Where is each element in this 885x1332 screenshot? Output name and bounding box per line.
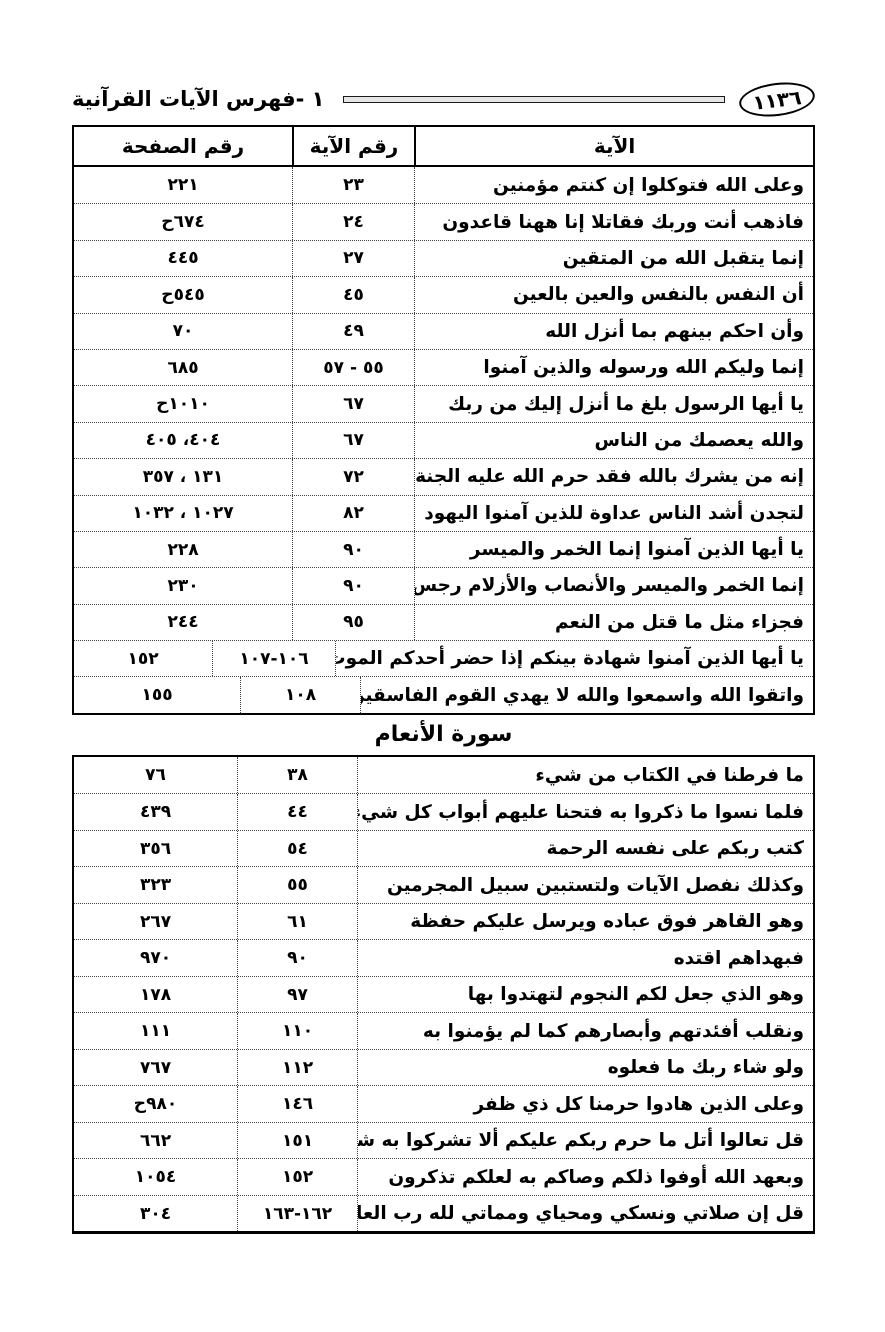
- verse-number-cell: ٤٥: [292, 277, 414, 312]
- table-row: يا أيها الرسول بلغ ما أنزل إليك من ربك ٦…: [74, 385, 813, 421]
- table-row: وبعهد الله أوفوا ذلكم وصاكم به لعلكم تذك…: [74, 1158, 813, 1195]
- table-row: قل تعالوا أتل ما حرم ربكم عليكم ألا تشرك…: [74, 1122, 813, 1159]
- table-row: ونقلب أفئدتهم وأبصارهم كما لم يؤمنوا به …: [74, 1012, 813, 1049]
- table-header-row: الآية رقم الآية رقم الصفحة: [74, 127, 813, 167]
- verse-number-cell: ٣٨: [237, 757, 357, 794]
- page-number-cell: ٤٠٤، ٤٠٥: [74, 423, 292, 458]
- table-row: والله يعصمك من الناس ٦٧ ٤٠٤، ٤٠٥: [74, 422, 813, 458]
- page-number-cell: ١٥٥: [74, 677, 240, 712]
- verse-text-cell: وأن احكم بينهم بما أنزل الله: [414, 314, 813, 349]
- verse-text-cell: والله يعصمك من الناس: [414, 423, 813, 458]
- verse-text-cell: فاذهب أنت وربك فقاتلا إنا ههنا قاعدون: [414, 204, 813, 239]
- table-row: إنما يتقبل الله من المتقين ٢٧ ٤٤٥: [74, 240, 813, 276]
- page-number-oval: ١١٣٦: [737, 78, 816, 120]
- page-number-cell: ٢٢١: [74, 167, 292, 203]
- verse-number-cell: ٤٩: [292, 314, 414, 349]
- table-row: فجزاء مثل ما قتل من النعم ٩٥ ٢٤٤: [74, 604, 813, 640]
- verse-number-cell: ٢٤: [292, 204, 414, 239]
- table-1-body: وعلى الله فتوكلوا إن كنتم مؤمنين ٢٣ ٢٢١ …: [74, 167, 813, 713]
- verse-number-cell: ٩٥: [292, 605, 414, 640]
- table-row: ما فرطنا في الكتاب من شيء ٣٨ ٧٦: [74, 757, 813, 794]
- verse-text-cell: أن النفس بالنفس والعين بالعين: [414, 277, 813, 312]
- verse-text-cell: ونقلب أفئدتهم وأبصارهم كما لم يؤمنوا به: [357, 1013, 813, 1049]
- table-2-body: ما فرطنا في الكتاب من شيء ٣٨ ٧٦ فلما نسو…: [74, 757, 813, 1232]
- verse-text-cell: وهو الذي جعل لكم النجوم لتهتدوا بها: [357, 977, 813, 1013]
- page-number-cell: ٧٦: [74, 757, 237, 794]
- verse-number-cell: ١٥١: [237, 1123, 357, 1159]
- verse-number-cell: ٤٤: [237, 794, 357, 830]
- verse-number-cell: ١١٠: [237, 1013, 357, 1049]
- table-row: أن النفس بالنفس والعين بالعين ٤٥ ٥٤٥ح: [74, 276, 813, 312]
- table-row: إنه من يشرك بالله فقد حرم الله عليه الجن…: [74, 458, 813, 494]
- page-number-cell: ٧٠: [74, 314, 292, 349]
- table-row: يا أيها الذين آمنوا إنما الخمر والميسر ٩…: [74, 531, 813, 567]
- table-row: فاذهب أنت وربك فقاتلا إنا ههنا قاعدون ٢٤…: [74, 203, 813, 239]
- page-number-cell: ١٥٢: [74, 641, 212, 676]
- table-row: إنما الخمر والميسر والأنصاب والأزلام رجس…: [74, 567, 813, 603]
- table-row: ولو شاء ربك ما فعلوه ١١٢ ٧٦٧: [74, 1049, 813, 1086]
- verse-text-cell: يا أيها الرسول بلغ ما أنزل إليك من ربك: [414, 386, 813, 421]
- table-row: كتب ربكم على نفسه الرحمة ٥٤ ٣٥٦: [74, 830, 813, 867]
- page-number-cell: ٢٣٠: [74, 568, 292, 603]
- verse-text-cell: كتب ربكم على نفسه الرحمة: [357, 831, 813, 867]
- verse-text-cell: إنما الخمر والميسر والأنصاب والأزلام رجس: [414, 568, 813, 603]
- header-cell-verse-number: رقم الآية: [292, 127, 414, 165]
- table-row: واتقوا الله واسمعوا والله لا يهدي القوم …: [74, 676, 813, 712]
- verse-text-cell: واتقوا الله واسمعوا والله لا يهدي القوم …: [360, 677, 813, 712]
- verse-text-cell: إنما يتقبل الله من المتقين: [414, 241, 813, 276]
- page-number-cell: ٣٢٣: [74, 867, 237, 903]
- page-number-cell: ٤٣٩: [74, 794, 237, 830]
- table-row: يا أيها الذين آمنوا شهادة بينكم إذا حضر …: [74, 640, 813, 676]
- verse-text-cell: ولو شاء ربك ما فعلوه: [357, 1050, 813, 1086]
- verse-number-cell: ١٠٨: [240, 677, 360, 712]
- page-number-cell: ٦٦٢: [74, 1123, 237, 1159]
- table-row: فبهداهم اقتده ٩٠ ٩٧٠: [74, 939, 813, 976]
- verse-text-cell: يا أيها الذين آمنوا شهادة بينكم إذا حضر …: [335, 641, 813, 676]
- page-number-cell: ٤٤٥: [74, 241, 292, 276]
- header-rule-bar: [343, 96, 726, 103]
- verse-text-cell: وعلى الذين هادوا حرمنا كل ذي ظفر: [357, 1086, 813, 1122]
- verse-text-cell: وعلى الله فتوكلوا إن كنتم مؤمنين: [414, 167, 813, 203]
- page-number-cell: ٢٤٤: [74, 605, 292, 640]
- verse-number-cell: ٩٠: [292, 568, 414, 603]
- page-number-cell: ٥٤٥ح: [74, 277, 292, 312]
- verse-number-cell: ٦٧: [292, 423, 414, 458]
- table-row: وعلى الذين هادوا حرمنا كل ذي ظفر ١٤٦ ٩٨٠…: [74, 1085, 813, 1122]
- verse-text-cell: قل إن صلاتي ونسكي ومحياي ومماتي لله رب ا…: [357, 1196, 813, 1232]
- verse-text-cell: وهو القاهر فوق عباده ويرسل عليكم حفظة: [357, 904, 813, 940]
- page-header: ١١٣٦ ١ -فهرس الآيات القرآنية: [72, 0, 815, 118]
- page-number-cell: ٩٨٠ح: [74, 1086, 237, 1122]
- verse-number-cell: ١٤٦: [237, 1086, 357, 1122]
- page-number-cell: ١٣١ ، ٣٥٧: [74, 459, 292, 494]
- verse-text-cell: فبهداهم اقتده: [357, 940, 813, 976]
- table-row: لتجدن أشد الناس عداوة للذين آمنوا اليهود…: [74, 495, 813, 531]
- section-title: سورة الأنعام: [72, 715, 815, 755]
- verse-number-cell: ٥٥ - ٥٧: [292, 350, 414, 385]
- table-row: وهو الذي جعل لكم النجوم لتهتدوا بها ٩٧ ١…: [74, 976, 813, 1013]
- page-number: ١١٣٦: [751, 84, 802, 114]
- verse-number-cell: ٩٠: [292, 532, 414, 567]
- verse-text-cell: وبعهد الله أوفوا ذلكم وصاكم به لعلكم تذك…: [357, 1159, 813, 1195]
- table-row: وهو القاهر فوق عباده ويرسل عليكم حفظة ٦١…: [74, 903, 813, 940]
- table-row: وكذلك نفصل الآيات ولتستبين سبيل المجرمين…: [74, 866, 813, 903]
- verse-number-cell: ١٥٢: [237, 1159, 357, 1195]
- verse-number-cell: ٩٠: [237, 940, 357, 976]
- verse-number-cell: ٨٢: [292, 496, 414, 531]
- page-number-cell: ١١١: [74, 1013, 237, 1049]
- page-number-cell: ٧٦٧: [74, 1050, 237, 1086]
- table-row: وأن احكم بينهم بما أنزل الله ٤٩ ٧٠: [74, 313, 813, 349]
- verse-number-cell: ٦١: [237, 904, 357, 940]
- page-number-cell: ٢٦٧: [74, 904, 237, 940]
- verse-number-cell: ٥٤: [237, 831, 357, 867]
- verse-text-cell: إنه من يشرك بالله فقد حرم الله عليه الجن…: [414, 459, 813, 494]
- verse-index-table-2: ما فرطنا في الكتاب من شيء ٣٨ ٧٦ فلما نسو…: [72, 755, 815, 1235]
- page-number-cell: ٣٥٦: [74, 831, 237, 867]
- table-row: وعلى الله فتوكلوا إن كنتم مؤمنين ٢٣ ٢٢١: [74, 167, 813, 203]
- page-number-cell: ١٧٨: [74, 977, 237, 1013]
- verse-number-cell: ٢٣: [292, 167, 414, 203]
- header-cell-page-number: رقم الصفحة: [74, 134, 292, 158]
- scanned-book-page: ١١٣٦ ١ -فهرس الآيات القرآنية الآية رقم ا…: [0, 0, 885, 1332]
- verse-text-cell: فجزاء مثل ما قتل من النعم: [414, 605, 813, 640]
- table-row: إنما وليكم الله ورسوله والذين آمنوا ٥٥ -…: [74, 349, 813, 385]
- verse-text-cell: ما فرطنا في الكتاب من شيء: [357, 757, 813, 794]
- verse-number-cell: ٧٢: [292, 459, 414, 494]
- verse-number-cell: ١٠٦-١٠٧: [212, 641, 335, 676]
- page-number-cell: ١٠١٠ح: [74, 386, 292, 421]
- verse-text-cell: لتجدن أشد الناس عداوة للذين آمنوا اليهود: [414, 496, 813, 531]
- verse-number-cell: ٥٥: [237, 867, 357, 903]
- page-number-cell: ٦٨٥: [74, 350, 292, 385]
- verse-text-cell: وكذلك نفصل الآيات ولتستبين سبيل المجرمين: [357, 867, 813, 903]
- page-title: ١ -فهرس الآيات القرآنية: [72, 87, 325, 111]
- verse-number-cell: ١١٢: [237, 1050, 357, 1086]
- verse-index-table-1: الآية رقم الآية رقم الصفحة وعلى الله فتو…: [72, 125, 815, 715]
- page-number-cell: ٦٧٤ح: [74, 204, 292, 239]
- page-number-cell: ١٠٥٤: [74, 1159, 237, 1195]
- table-row: فلما نسوا ما ذكروا به فتحنا عليهم أبواب …: [74, 793, 813, 830]
- table-row: قل إن صلاتي ونسكي ومحياي ومماتي لله رب ا…: [74, 1195, 813, 1232]
- verse-number-cell: ٢٧: [292, 241, 414, 276]
- page-number-cell: ٢٢٨: [74, 532, 292, 567]
- verse-text-cell: قل تعالوا أتل ما حرم ربكم عليكم ألا تشرك…: [357, 1123, 813, 1159]
- verse-number-cell: ١٦٢-١٦٣: [237, 1196, 357, 1232]
- verse-number-cell: ٩٧: [237, 977, 357, 1013]
- page-number-cell: ٣٠٤: [74, 1196, 237, 1232]
- verse-text-cell: فلما نسوا ما ذكروا به فتحنا عليهم أبواب …: [357, 794, 813, 830]
- verse-number-cell: ٦٧: [292, 386, 414, 421]
- verse-text-cell: إنما وليكم الله ورسوله والذين آمنوا: [414, 350, 813, 385]
- page-number-cell: ١٠٢٧ ، ١٠٣٢: [74, 496, 292, 531]
- page-number-cell: ٩٧٠: [74, 940, 237, 976]
- verse-text-cell: يا أيها الذين آمنوا إنما الخمر والميسر: [414, 532, 813, 567]
- header-cell-verse: الآية: [414, 127, 813, 165]
